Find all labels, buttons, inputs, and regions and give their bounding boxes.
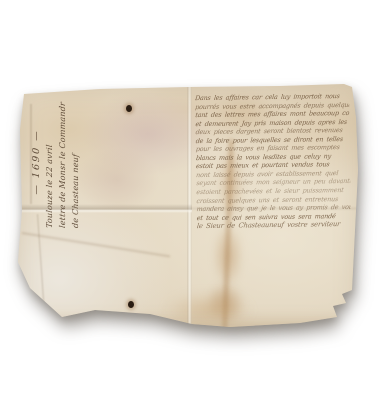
letter-line: de la foire pour lesquelles se diront en… (195, 135, 350, 146)
letter-line: deux pieces dargent seront bientost reve… (195, 126, 350, 137)
letter-line: pourrés vous estre accompagnés depuis qu… (195, 100, 350, 111)
horizontal-fold-crease (192, 206, 362, 211)
water-stain-tideline (210, 217, 246, 295)
water-stain-bottom (152, 287, 264, 333)
letter-line: et demeurent Jay pris maison depuis apre… (195, 118, 350, 129)
water-stain-tideline (202, 277, 248, 329)
letter-line: estoient parachevées et le sieur puissam… (196, 186, 351, 197)
manuscript-paper: — 1690 — Toulouze le 22 avril lettre de … (14, 84, 362, 334)
letter-line: seyant continuées mon seigneur un peu da… (196, 177, 351, 188)
docket-line: de Chasteau neuf (69, 95, 82, 228)
wormhole-top (126, 105, 132, 112)
vertical-fold-crease (187, 84, 192, 334)
docket-line: Toulouze le 22 avril (43, 95, 56, 228)
water-stain-tideline (216, 136, 246, 231)
letter-line: Dans les affaires car cela luy importoit… (195, 92, 350, 103)
letter-line: tant des lettres mes affaires mont beauc… (195, 109, 350, 120)
wormhole-bottom (128, 301, 134, 308)
diagonal-crease (22, 232, 170, 257)
letter-line: le Sieur de Chasteauneuf vostre serviteu… (196, 220, 351, 231)
letter-line: mandera ainsy que je le vous ay promis d… (196, 203, 351, 214)
photo-canvas: — 1690 — Toulouze le 22 avril lettre de … (0, 0, 380, 420)
water-stain-top (199, 86, 289, 141)
letter-line: blancs mais la vous lesdites que celuy n… (195, 152, 350, 163)
water-stain-core (223, 139, 234, 329)
docket-inscription: — 1690 — Toulouze le 22 avril lettre de … (30, 96, 86, 228)
left-crease (30, 104, 32, 204)
letter-line: estoit pas mieux et pourtant vendus tous (195, 160, 350, 171)
docket-line: lettre de Monsr le Commandr (56, 95, 69, 228)
letter-line: pour les ouvrages en faisant mes escompt… (195, 143, 350, 154)
letter-line: croissent quelques uns et seront entrete… (196, 194, 351, 205)
bottom-edge-grime (14, 312, 362, 334)
left-crease (37, 214, 46, 314)
letter-line: et tout ce qui sen suivra vous sera mand… (196, 212, 351, 223)
letter-line: nont laissé depuis avoir establissement … (196, 169, 351, 180)
letter-body-text: Dans les affaires car cela luy importoit… (195, 92, 351, 236)
horizontal-flap-edge (14, 204, 192, 213)
docket-year: — 1690 — (30, 95, 43, 228)
